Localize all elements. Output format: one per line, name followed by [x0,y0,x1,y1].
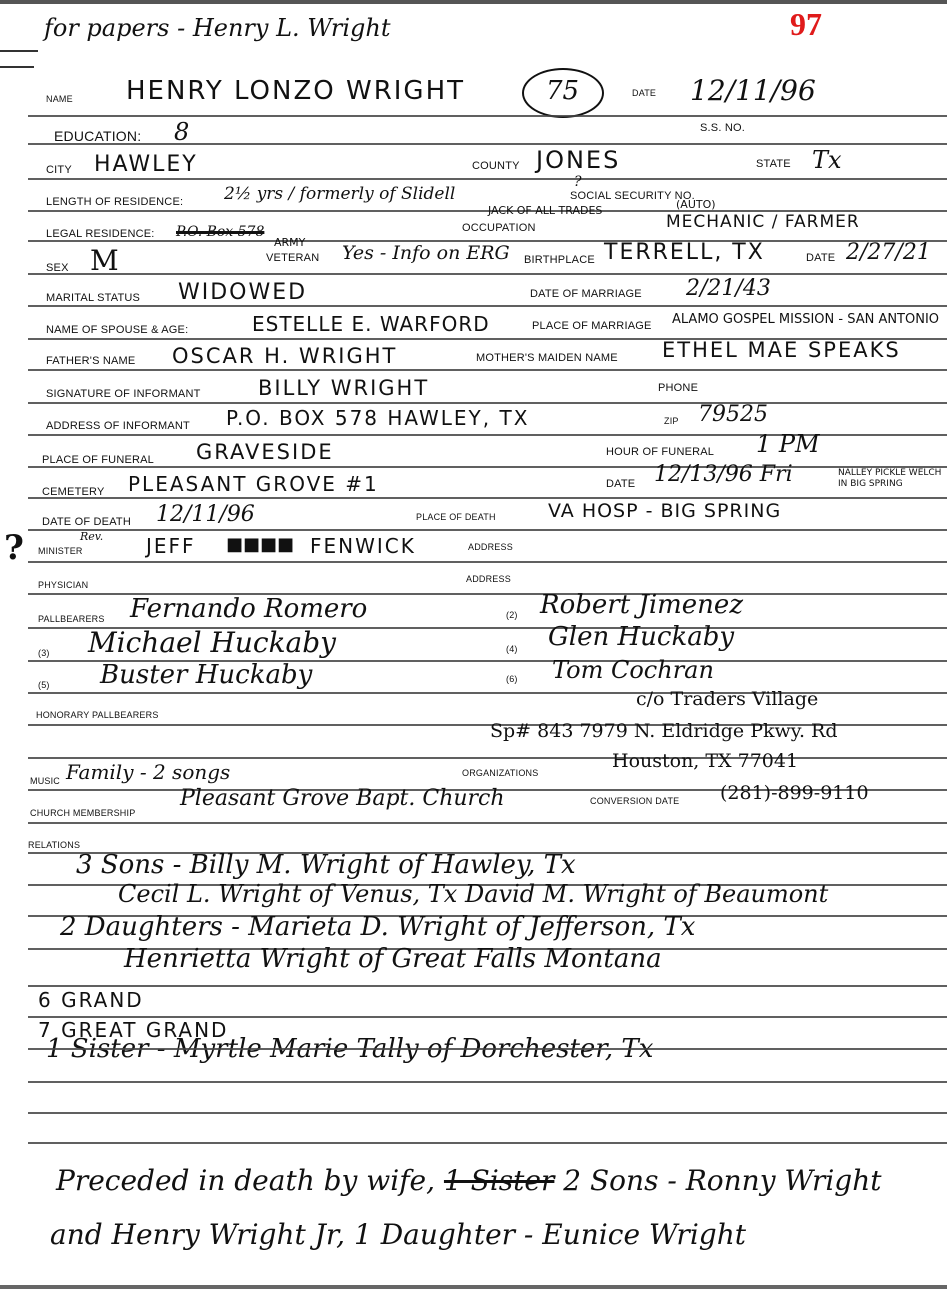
date-label: Date [632,88,656,98]
place-of-funeral-label: Place of Funeral [42,454,154,466]
form-line [28,178,947,180]
relations-line-2: Cecil L. Wright of Venus, Tx David M. Wr… [118,880,828,908]
birth-date-value: 2/27/21 [846,240,931,265]
marital-status-value: Widowed [178,280,307,305]
birthplace-value: Terrell, Tx [604,240,765,265]
form-line [28,529,947,531]
scan-bottom-edge [0,1285,947,1289]
address-block-line-1: c/o Traders Village [636,688,818,710]
preceded-text-a: Preceded in death by wife, [56,1164,435,1197]
organizations-label: Organizations [462,768,538,778]
funeral-home-note: Nalley Pickle Welch in Big Spring [838,468,947,490]
form-line [28,273,947,275]
pallbearer-4-label: (4) [506,644,518,654]
spouse-value: Estelle E. Warford [252,312,490,336]
state-value: Tx [812,146,842,174]
ss-no-label: S.S. No. [700,122,745,134]
occupation-qualifier: (Auto) [676,198,716,211]
name-label: Name [46,94,73,104]
county-question-mark: ? [574,174,582,190]
veteran-value: Yes - Info on ERG [342,242,510,264]
physician-label: Physician [38,580,88,590]
veteran-label: Veteran [266,252,319,264]
veteran-branch: Army [274,236,305,249]
preceded-line-1: Preceded in death by wife, 1 Sister 2 So… [56,1164,882,1197]
place-of-marriage-label: Place of Marriage [532,320,652,332]
informant-address-value: P.O. Box 578 Hawley, Tx [226,406,529,430]
county-label: County [472,160,520,172]
form-line [28,1142,947,1144]
legal-residence-label: Legal Residence: [46,228,155,240]
hour-of-funeral-value: 1 PM [756,430,820,458]
form-line [28,369,947,371]
relations-line-4: Henrietta Wright of Great Falls Montana [124,944,662,974]
name-value: Henry Lonzo Wright [126,76,465,106]
form-line [28,1048,947,1050]
pallbearer-6: Tom Cochran [552,656,714,684]
city-label: City [46,164,72,176]
church-membership-label: Church Membership [30,808,135,818]
page-number: 97 [790,6,822,43]
form-line [28,757,947,759]
birthplace-label: Birthplace [524,254,595,266]
occupation-note: Jack of all trades [488,204,602,217]
form-line [28,305,947,307]
preceded-struck: 1 Sister [444,1164,554,1197]
music-value: Family - 2 songs [66,760,230,784]
relations-line-1: 3 Sons - Billy M. Wright of Hawley, Tx [76,850,576,880]
minister-address-label: Address [468,542,513,552]
birth-date-label: Date [806,252,835,264]
education-label: EDUCATION: [54,128,141,144]
date-of-death-label: Date of Death [42,516,131,528]
zip-label: Zip [664,416,679,426]
place-of-death-label: Place of Death [416,512,496,522]
date-of-death-value: 12/11/96 [156,502,255,527]
relations-line-3: 2 Daughters - Marieta D. Wright of Jeffe… [60,912,695,942]
father-label: Father's Name [46,355,135,367]
form-line [28,822,947,824]
margin-mark [0,50,38,52]
pallbearer-6-label: (6) [506,674,518,684]
form-line [28,985,947,987]
age-value: 75 [546,76,579,106]
pallbearer-5-label: (5) [38,680,50,690]
length-of-residence-label: Length of Residence: [46,196,183,208]
state-label: State [756,158,791,170]
hour-of-funeral-label: Hour of Funeral [606,446,714,458]
minister-last-name: Fenwick [310,534,416,558]
occupation-value: Mechanic / Farmer [666,212,860,232]
pallbearer-3-label: (3) [38,648,50,658]
date-of-marriage-label: Date of Marriage [530,288,642,300]
address-block-phone: (281)-899-9110 [720,782,869,804]
county-value: Jones [536,146,620,174]
pallbearer-2-label: (2) [506,610,518,620]
margin-mark [0,66,34,68]
pallbearer-3: Michael Huckaby [88,626,336,659]
father-value: Oscar H. Wright [172,344,397,368]
place-of-funeral-value: Graveside [196,440,334,464]
minister-first-name: Jeff [146,534,196,558]
preceded-line-2: and Henry Wright Jr, 1 Daughter - Eunice… [50,1218,746,1251]
date-value: 12/11/96 [690,74,816,107]
date-of-marriage-value: 2/21/43 [686,276,771,301]
length-of-residence-value: 2½ yrs / formerly of Slidell [224,184,455,204]
marital-status-label: Marital Status [46,292,140,304]
address-block-line-2: Sp# 843 7979 N. Eldridge Pkwy. Rd [490,720,838,742]
funeral-date-value: 12/13/96 Fri [654,462,793,487]
address-block-line-3: Houston, TX 77041 [612,750,798,772]
pallbearer-4: Glen Huckaby [548,622,734,652]
occupation-label: Occupation [462,222,536,234]
informant-signature-value: Billy Wright [258,376,429,400]
education-value: 8 [174,118,189,146]
form-line [28,1081,947,1083]
place-of-marriage-value: Alamo Gospel Mission - San Antonio [672,312,939,327]
spouse-label: Name of Spouse & Age: [46,324,188,336]
form-line [28,466,947,468]
preceded-text-b: 2 Sons - Ronny Wright [563,1164,881,1197]
relations-line-5: 6 Grand [38,988,144,1012]
mother-value: Ethel Mae Speaks [662,338,901,362]
honorary-pallbearers-label: Honorary Pallbearers [36,710,159,720]
zip-value: 79525 [698,402,768,427]
margin-question-mark: ? [4,528,24,568]
phone-label: Phone [658,382,698,394]
pallbearer-1: Fernando Romero [130,594,367,624]
pallbearer-5: Buster Huckaby [100,660,312,690]
music-label: Music [30,776,60,786]
form-line [28,143,947,145]
church-membership-value: Pleasant Grove Bapt. Church [180,786,505,811]
form-line [28,497,947,499]
funeral-date-label: Date [606,478,635,490]
scan-top-edge [0,0,947,4]
cemetery-value: Pleasant Grove #1 [128,472,379,496]
legal-residence-struck: P.O. Box 578 [176,224,264,240]
city-value: Hawley [94,152,198,177]
pallbearer-2: Robert Jimenez [540,590,743,620]
place-of-death-value: VA Hosp - Big Spring [548,500,781,522]
physician-address-label: Address [466,574,511,584]
informant-address-label: Address of Informant [46,420,190,432]
form-line [28,402,947,404]
mother-label: Mother's Maiden Name [476,352,618,364]
header-note: for papers - Henry L. Wright [44,14,390,42]
form-line [28,561,947,563]
minister-prefix: Rev. [80,530,103,543]
informant-signature-label: Signature of Informant [46,388,201,400]
form-line [28,1112,947,1114]
conversion-date-label: Conversion Date [590,796,679,806]
form-line [28,115,947,117]
relations-label: Relations [28,840,80,850]
minister-struck-name: ■■■■ [226,534,294,555]
minister-label: Minister [38,546,83,556]
pallbearers-label: Pallbearers [38,614,105,624]
